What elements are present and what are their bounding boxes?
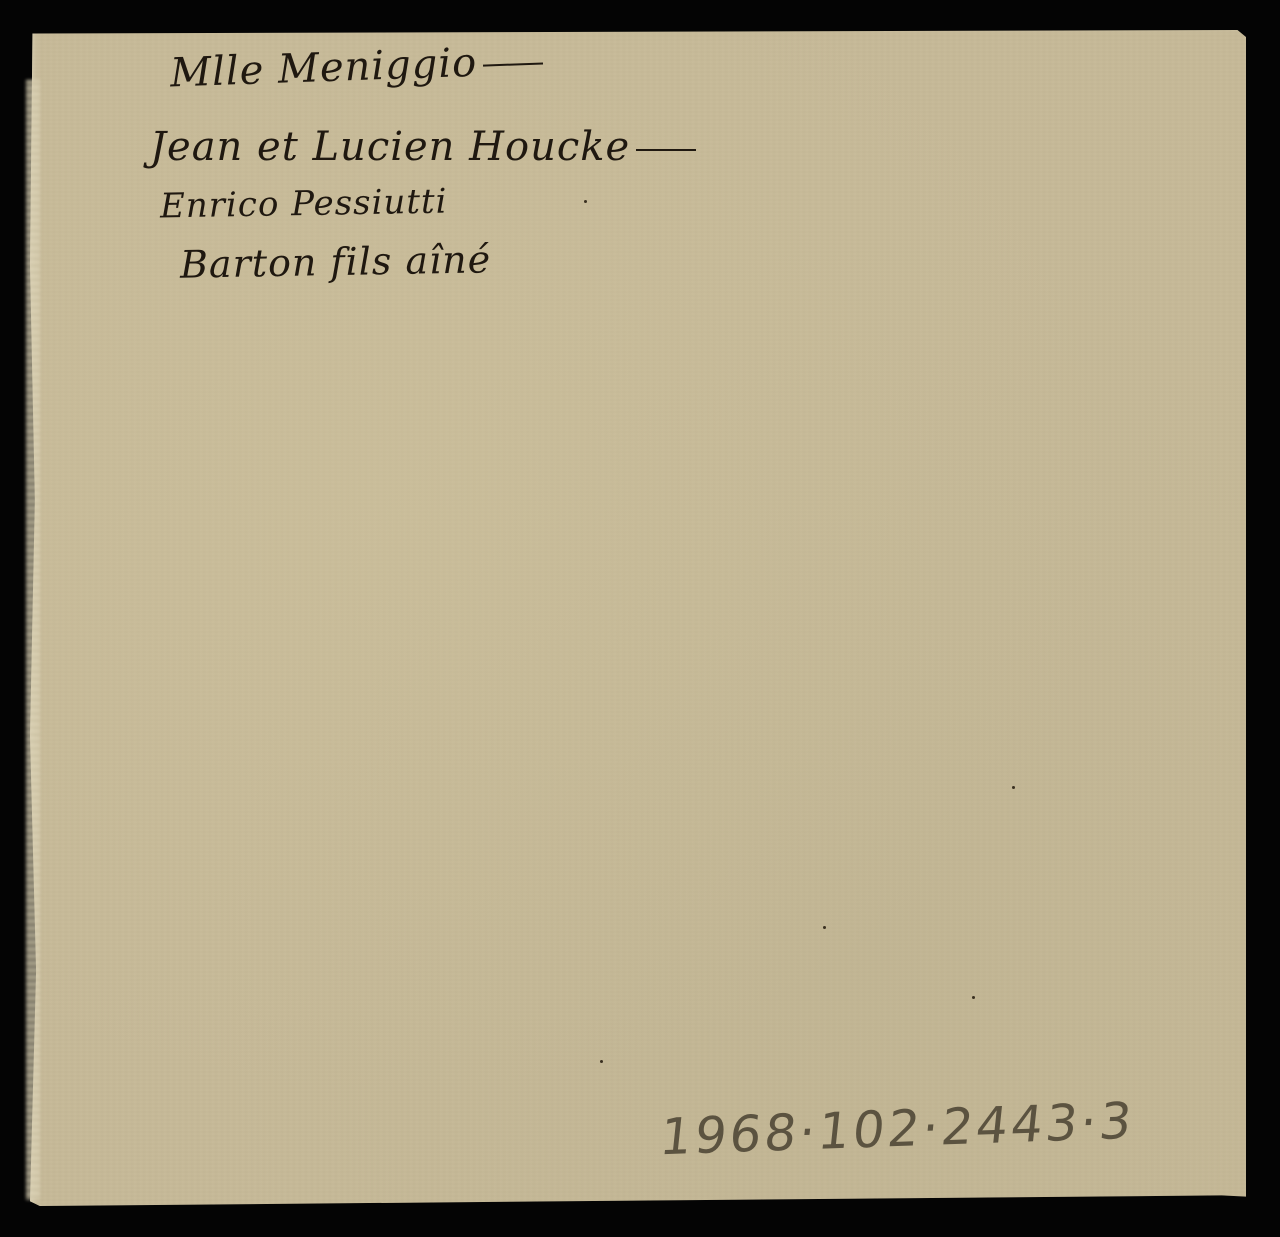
ink-speck: [1012, 786, 1015, 789]
flourish-stroke: [483, 62, 543, 66]
ink-speck: [823, 926, 826, 929]
handwritten-line: Barton fils aîné: [180, 237, 492, 286]
deckled-left-edge: [26, 80, 40, 1200]
flourish-stroke: [636, 149, 696, 151]
ink-speck: [972, 996, 975, 999]
document-stage: Mlle Meniggio Jean et Lucien Houcke Enri…: [0, 0, 1280, 1237]
ink-speck: [600, 1060, 603, 1063]
handwritten-line: Jean et Lucien Houcke: [150, 124, 696, 170]
handwritten-line: Enrico Pessiutti: [160, 181, 448, 226]
ink-speck: [584, 200, 587, 203]
